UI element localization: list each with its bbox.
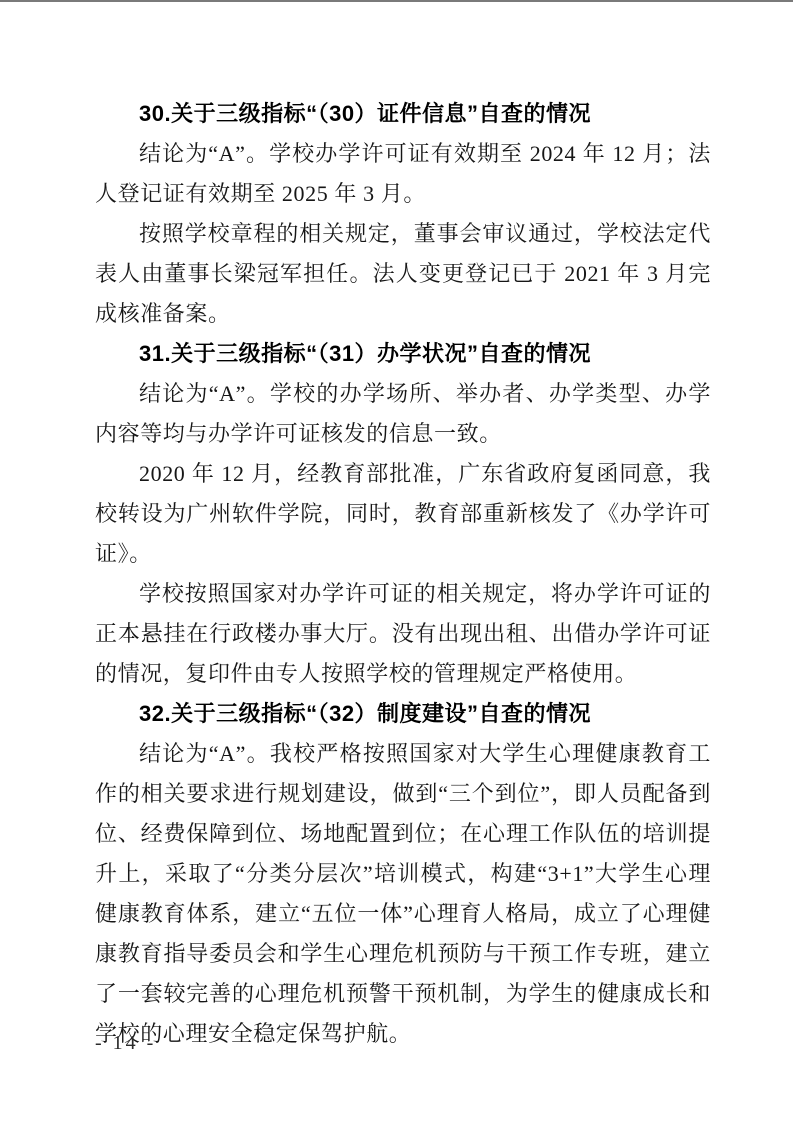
paragraph: 结论为“A”。学校办学许可证有效期至 2024 年 12 月；法人登记证有效期至… (95, 134, 711, 214)
section-indicator-31: 31.关于三级指标“（31）办学状况”自查的情况 结论为“A”。学校的办学场所、… (95, 334, 711, 694)
section-indicator-32: 32.关于三级指标“（32）制度建设”自查的情况 结论为“A”。我校严格按照国家… (95, 694, 711, 1054)
document-page: 30.关于三级指标“（30）证件信息”自查的情况 结论为“A”。学校办学许可证有… (0, 0, 793, 1122)
page-number: - 14 - (95, 1031, 156, 1055)
paragraph: 按照学校章程的相关规定，董事会审议通过，学校法定代表人由董事长梁冠军担任。法人变… (95, 214, 711, 334)
paragraph: 2020 年 12 月，经教育部批准，广东省政府复函同意，我校转设为广州软件学院… (95, 454, 711, 574)
document-content: 30.关于三级指标“（30）证件信息”自查的情况 结论为“A”。学校办学许可证有… (95, 94, 711, 1054)
section-heading-30: 30.关于三级指标“（30）证件信息”自查的情况 (95, 94, 711, 134)
section-heading-31: 31.关于三级指标“（31）办学状况”自查的情况 (95, 334, 711, 374)
paragraph: 学校按照国家对办学许可证的相关规定，将办学许可证的正本悬挂在行政楼办事大厅。没有… (95, 574, 711, 694)
section-heading-32: 32.关于三级指标“（32）制度建设”自查的情况 (95, 694, 711, 734)
paragraph: 结论为“A”。我校严格按照国家对大学生心理健康教育工作的相关要求进行规划建设，做… (95, 734, 711, 1054)
paragraph: 结论为“A”。学校的办学场所、举办者、办学类型、办学内容等均与办学许可证核发的信… (95, 374, 711, 454)
section-indicator-30: 30.关于三级指标“（30）证件信息”自查的情况 结论为“A”。学校办学许可证有… (95, 94, 711, 334)
